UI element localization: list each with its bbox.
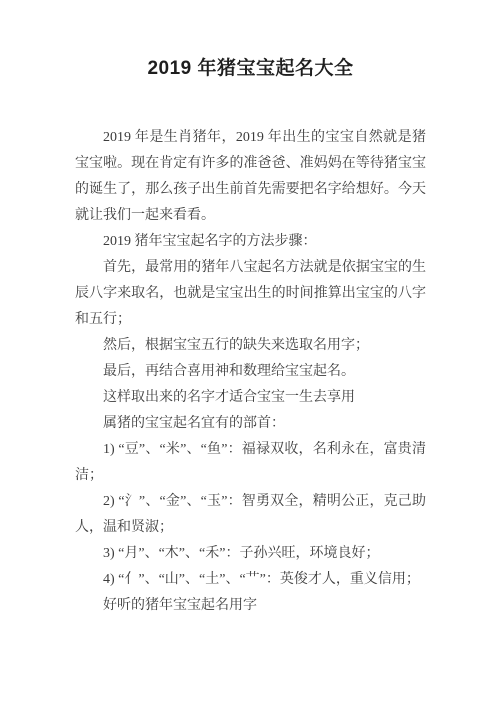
document-body: 2019 年是生肖猪年，2019 年出生的宝宝自然就是猪宝宝啦。现在肯定有许多的… (75, 125, 426, 619)
document-title: 2019 年猪宝宝起名大全 (75, 57, 426, 80)
paragraph-step-first: 首先，最常用的猪年八宝起名方法就是依据宝宝的生辰八字来取名，也就是宝宝出生的时间… (75, 255, 426, 333)
list-item-4: 4) “亻”、“山”、“土”、“艹”：英俊才人，重义信用； (75, 567, 426, 593)
paragraph-radicals-header: 属猪的宝宝起名宜有的部首： (75, 411, 426, 437)
paragraph-steps-header: 2019 猪年宝宝起名字的方法步骤： (75, 229, 426, 255)
paragraph-step-then: 然后，根据宝宝五行的缺失来选取名用字； (75, 333, 426, 359)
paragraph-section-footer: 好听的猪年宝宝起名用字 (75, 593, 426, 619)
list-item-2: 2) “氵”、“金”、“玉”：智勇双全，精明公正，克己助人，温和贤淑； (75, 489, 426, 541)
paragraph-summary: 这样取出来的名字才适合宝宝一生去享用 (75, 385, 426, 411)
document-page: 2019 年猪宝宝起名大全 2019 年是生肖猪年，2019 年出生的宝宝自然就… (0, 0, 500, 708)
list-item-3: 3) “月”、“木”、“禾”：子孙兴旺，环境良好； (75, 541, 426, 567)
list-item-1: 1) “豆”、“米”、“鱼”：福禄双收，名利永在，富贵清洁； (75, 437, 426, 489)
paragraph-step-last: 最后，再结合喜用神和数理给宝宝起名。 (75, 359, 426, 385)
paragraph-intro: 2019 年是生肖猪年，2019 年出生的宝宝自然就是猪宝宝啦。现在肯定有许多的… (75, 125, 426, 229)
